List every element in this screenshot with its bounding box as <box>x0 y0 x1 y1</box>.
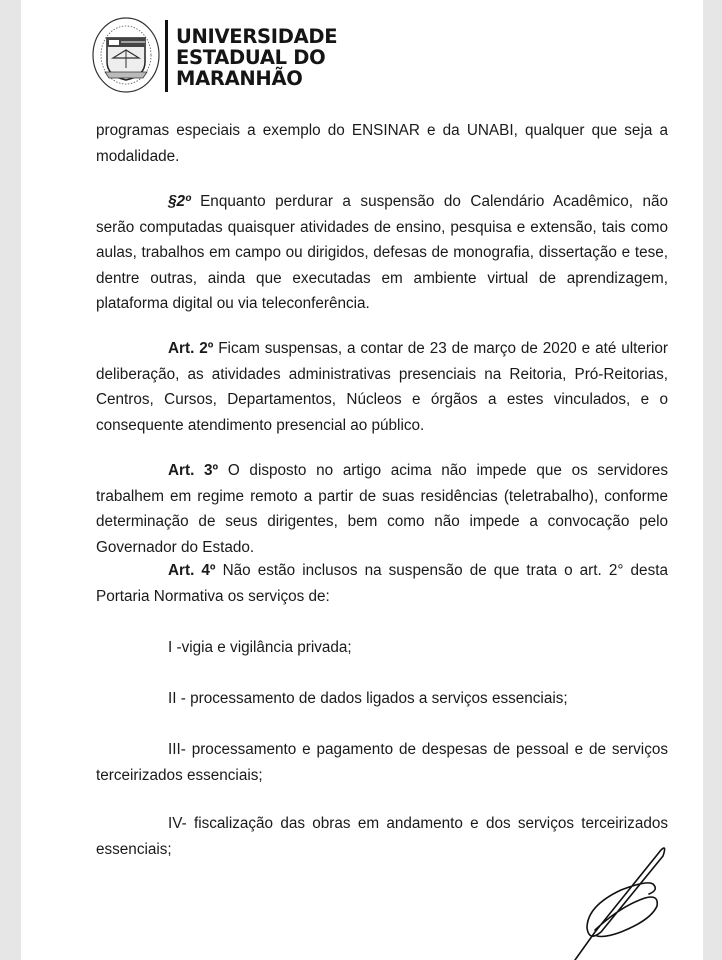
paragraph-2: §2º Enquanto perdurar a suspensão do Cal… <box>96 189 668 317</box>
article-2: Art. 2º Ficam suspensas, a contar de 23 … <box>96 336 668 438</box>
list-item-i: I -vigia e vigilância privada; <box>96 635 668 661</box>
list-item-iii: III- processamento e pagamento de despes… <box>96 737 668 788</box>
article-2-label: Art. 2º <box>168 340 213 357</box>
article-3-label: Art. 3º <box>168 462 218 479</box>
article-3: Art. 3º O disposto no artigo acima não i… <box>96 458 668 560</box>
article-4-label: Art. 4º <box>168 562 216 579</box>
list-item-ii: II - processamento de dados ligados a se… <box>96 686 668 712</box>
letterhead-divider <box>165 20 168 92</box>
institution-line-2: ESTADUAL DO <box>176 47 337 68</box>
institution-name: UNIVERSIDADE ESTADUAL DO MARANHÃO <box>176 26 337 89</box>
paragraph-2-text: Enquanto perdurar a suspensão do Calendá… <box>96 193 668 312</box>
institution-line-1: UNIVERSIDADE <box>176 26 337 47</box>
document-page: UNIVERSIDADE ESTADUAL DO MARANHÃO progra… <box>21 0 703 960</box>
continuation-paragraph: programas especiais a exemplo do ENSINAR… <box>96 118 668 169</box>
institution-line-3: MARANHÃO <box>176 68 337 89</box>
paragraph-2-label: §2º <box>168 193 191 210</box>
article-4: Art. 4º Não estão inclusos na suspensão … <box>96 558 668 609</box>
university-seal-icon <box>91 16 161 94</box>
handwritten-signature-icon <box>561 836 701 960</box>
